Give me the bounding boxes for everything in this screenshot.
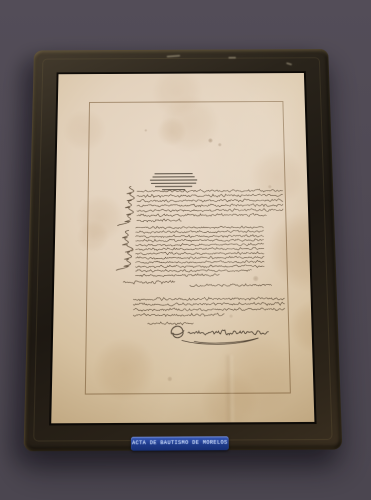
title-label-text: ACTA DE BAUTISMO DE MORELOS <box>131 436 229 450</box>
frame-scuff <box>228 57 236 59</box>
mat-window <box>51 73 314 423</box>
manuscript-paper <box>51 73 314 423</box>
glass-glare <box>51 73 314 423</box>
title-label: ACTA DE BAUTISMO DE MORELOS <box>131 436 229 450</box>
picture-frame: ACTA DE BAUTISMO DE MORELOS <box>24 49 343 451</box>
scene-wall: ACTA DE BAUTISMO DE MORELOS <box>0 0 371 500</box>
